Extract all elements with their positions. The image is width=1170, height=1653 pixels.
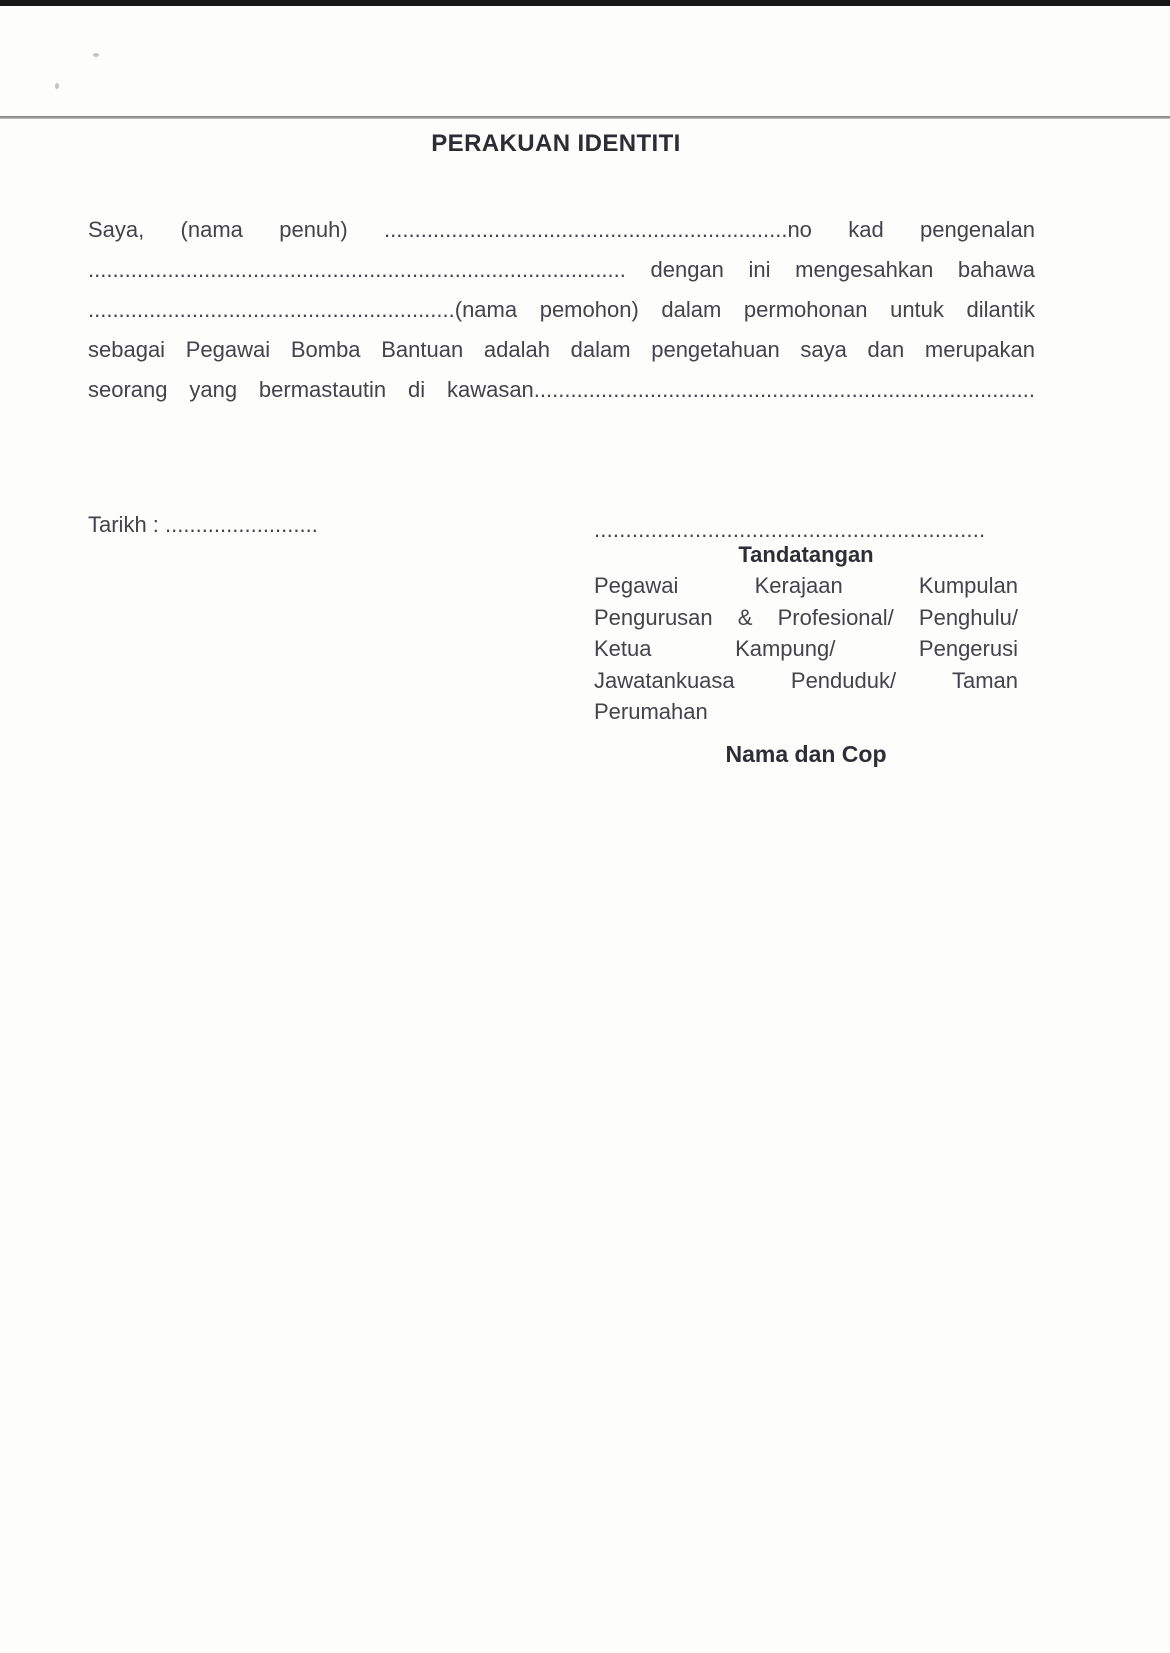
scan-speck <box>55 83 59 89</box>
paragraph-line: ........................................… <box>88 250 1035 290</box>
signer-role-line: Jawatankuasa Penduduk/ Taman <box>594 665 1018 697</box>
signature-dotted-line: ........................................… <box>594 521 1018 539</box>
paragraph-line: Saya, (nama penuh) .....................… <box>88 210 1035 250</box>
declaration-paragraph: Saya, (nama penuh) .....................… <box>88 210 1035 410</box>
paragraph-line: sebagai Pegawai Bomba Bantuan adalah dal… <box>88 330 1035 370</box>
scan-top-edge-bar <box>0 0 1170 6</box>
signer-role-line: Pengurusan & Profesional/ Penghulu/ <box>594 602 1018 634</box>
signer-role-line: Perumahan <box>594 696 1018 728</box>
signer-role-line: Ketua Kampung/ Pengerusi <box>594 633 1018 665</box>
scanned-form-page: PERAKUAN IDENTITI Saya, (nama penuh) ...… <box>0 0 1170 1653</box>
signer-role-line: Pegawai Kerajaan Kumpulan <box>594 570 1018 602</box>
signer-role-list: Pegawai Kerajaan Kumpulan Pengurusan & P… <box>594 570 1018 728</box>
signature-heading: Tandatangan <box>594 541 1018 569</box>
page-title: PERAKUAN IDENTITI <box>0 130 1170 158</box>
name-and-stamp-label: Nama dan Cop <box>594 740 1018 768</box>
signature-block: ........................................… <box>594 521 1018 768</box>
paragraph-line: seorang yang bermastautin di kawasan....… <box>88 370 1035 410</box>
paragraph-line: ........................................… <box>88 290 1035 330</box>
header-divider-line <box>0 116 1170 119</box>
scan-speck <box>93 53 99 57</box>
date-field-line: Tarikh : ......................... <box>88 510 318 540</box>
